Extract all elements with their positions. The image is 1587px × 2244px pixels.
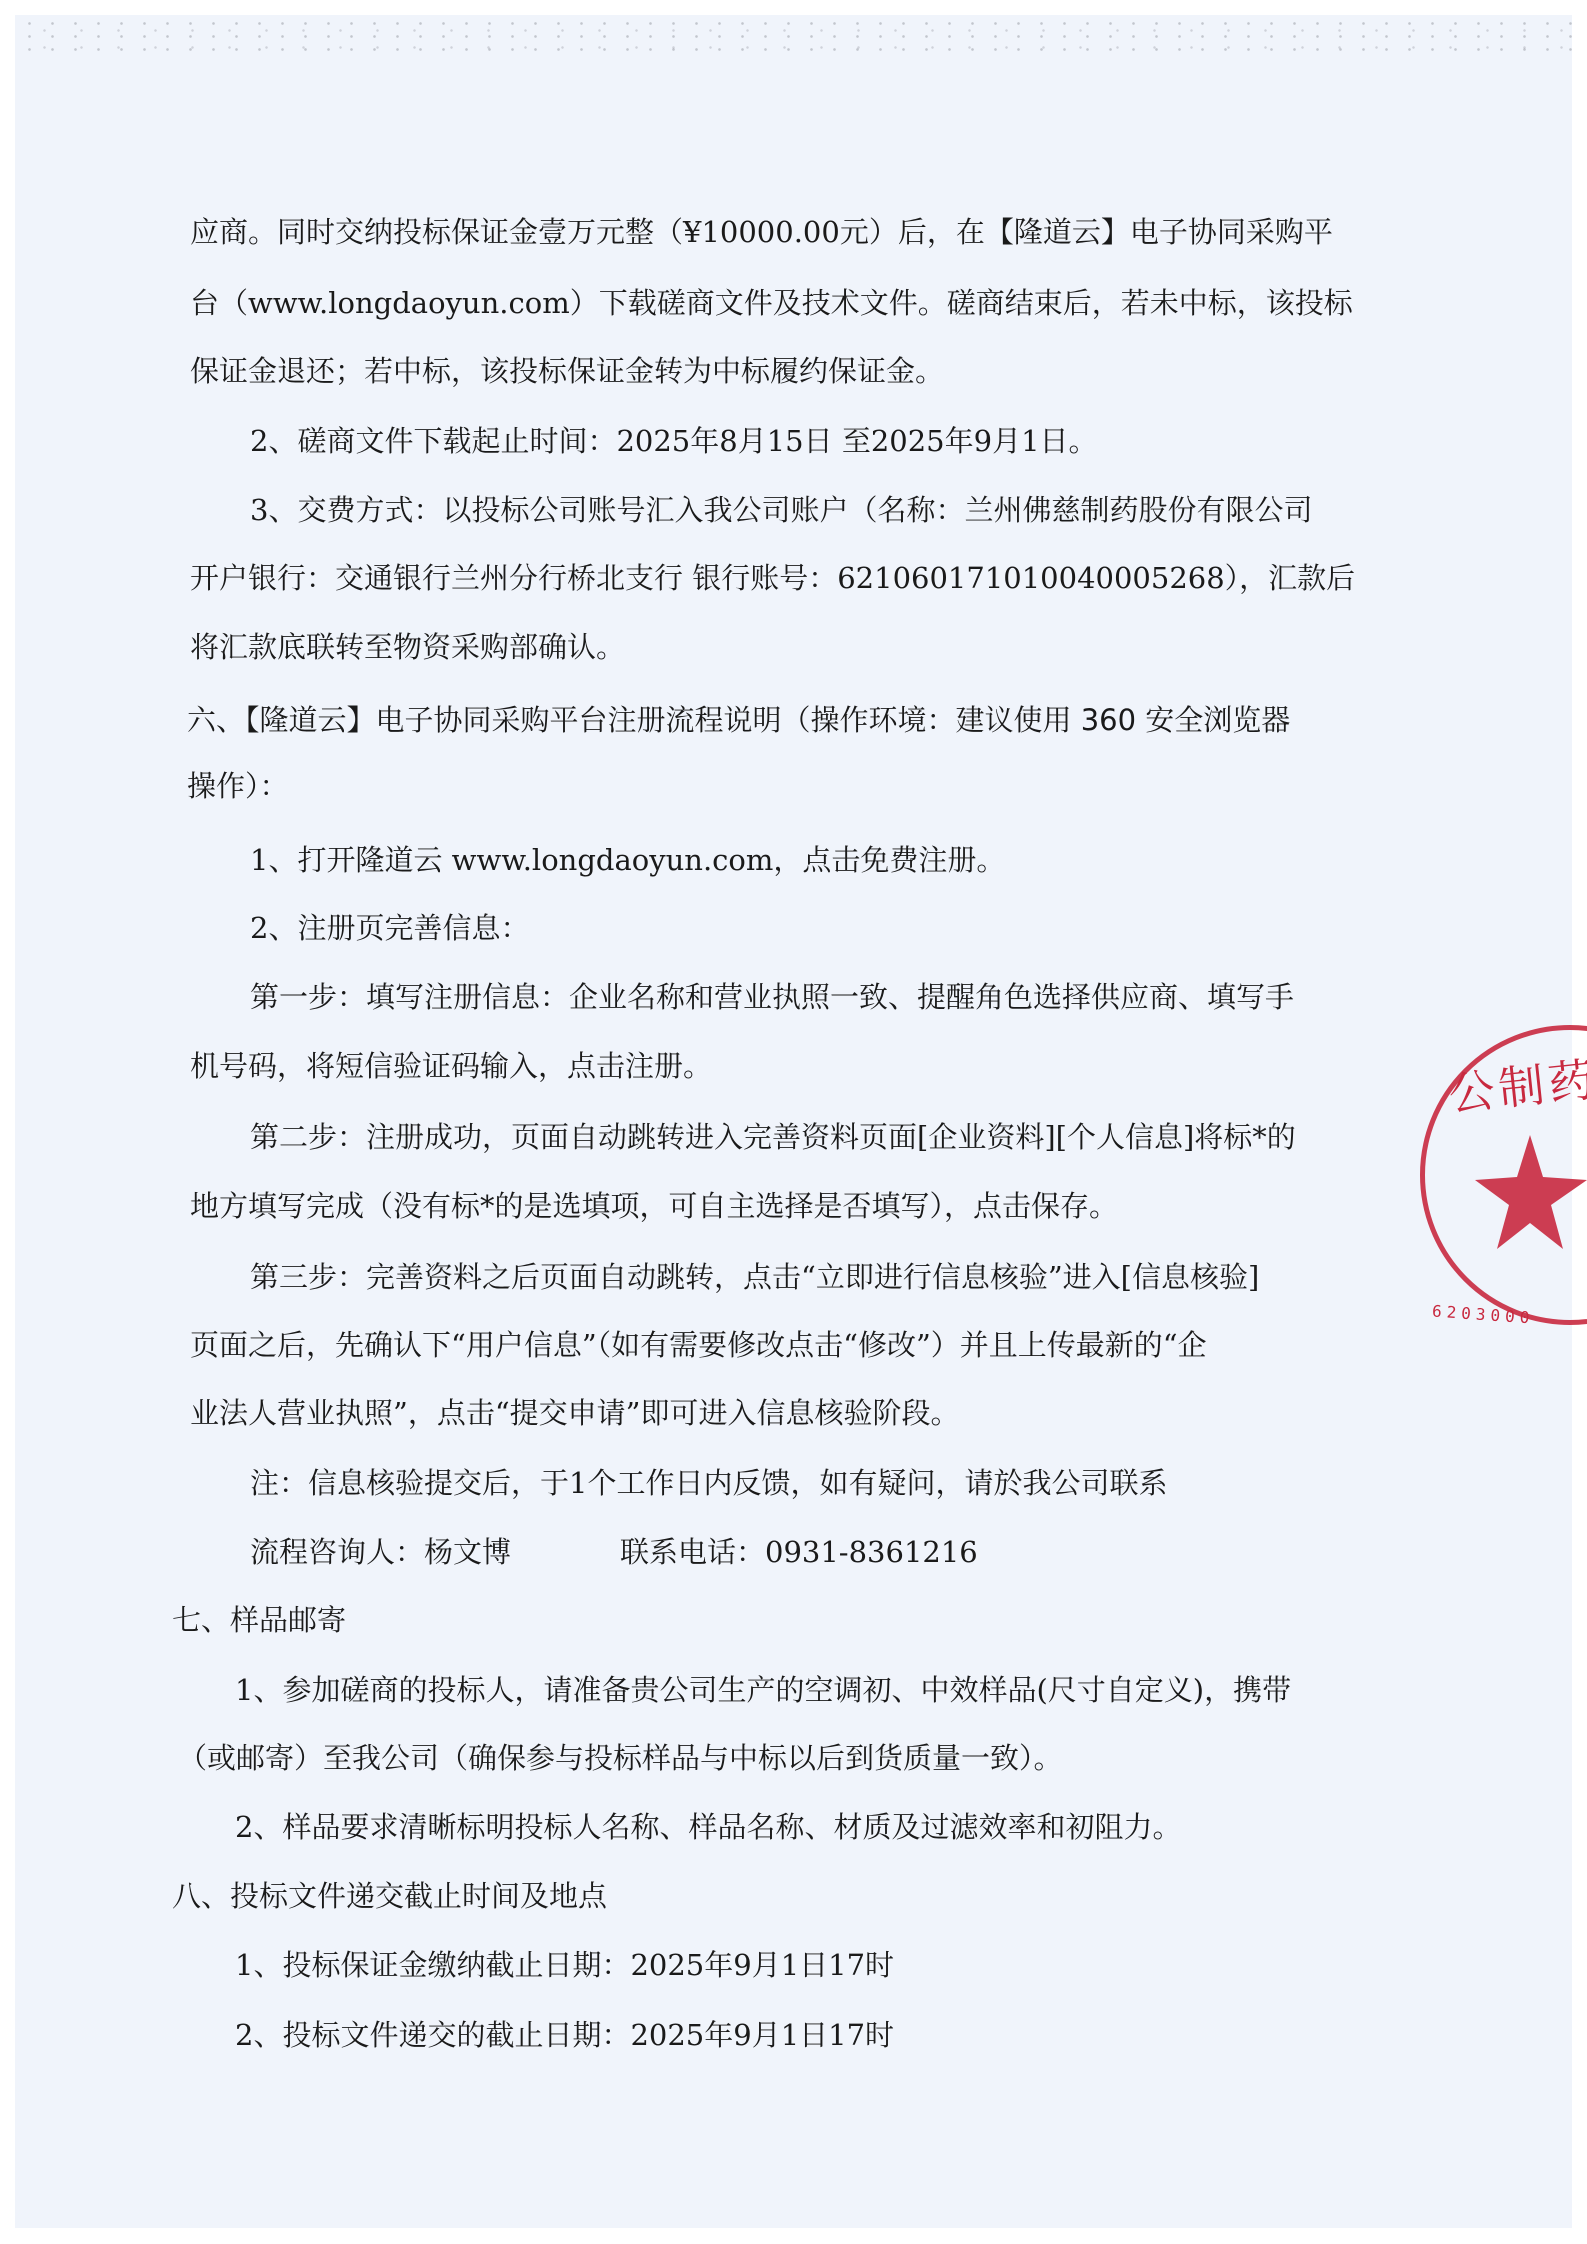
payment-method: 3、交费方式：以投标公司账号汇入我公司账户（名称：兰州佛慈制药股份有限公司 bbox=[250, 490, 1312, 530]
section-6-heading-cont: 操作）： bbox=[187, 766, 289, 806]
step-2-cont: 地方填写完成（没有标*的是选填项，可自主选择是否填写），点击保存。 bbox=[190, 1186, 1118, 1226]
deposit-deadline: 1、投标保证金缴纳截止日期：2025年9月1日17时 bbox=[235, 1945, 894, 1985]
section-6-item-1: 1、打开隆道云 www.longdaoyun.com，点击免费注册。 bbox=[250, 840, 1005, 880]
paragraph-line: 应商。同时交纳投标保证金壹万元整（¥10000.00元）后，在【隆道云】电子协同… bbox=[190, 212, 1333, 252]
section-6-item-2: 2、注册页完善信息： bbox=[250, 908, 529, 948]
step-1: 第一步：填写注册信息：企业名称和营业执照一致、提醒角色选择供应商、填写手 bbox=[250, 977, 1294, 1017]
section-7-item-1-cont: （或邮寄）至我公司（确保参与投标样品与中标以后到货质量一致）。 bbox=[178, 1738, 1063, 1778]
star-icon bbox=[1475, 1135, 1587, 1255]
section-7-item-1: 1、参加磋商的投标人，请准备贵公司生产的空调初、中效样品(尺寸自定义)，携带 bbox=[235, 1670, 1291, 1710]
paragraph-line: 保证金退还；若中标，该投标保证金转为中标履约保证金。 bbox=[190, 351, 944, 391]
scan-noise bbox=[15, 15, 1572, 55]
section-7-heading: 七、样品邮寄 bbox=[172, 1600, 346, 1640]
section-6-heading: 六、【隆道云】电子协同采购平台注册流程说明（操作环境：建议使用 360 安全浏览… bbox=[187, 700, 1290, 740]
section-8-heading: 八、投标文件递交截止时间及地点 bbox=[172, 1876, 607, 1916]
note: 注：信息核验提交后，于1个工作日内反馈，如有疑问，请於我公司联系 bbox=[250, 1463, 1167, 1503]
step-3: 第三步：完善资料之后页面自动跳转，点击“立即进行信息核验”进入[信息核验] bbox=[250, 1257, 1259, 1297]
step-3-cont: 页面之后，先确认下“用户信息”（如有需要修改点击“修改”）并且上传最新的“企 bbox=[190, 1325, 1207, 1365]
submission-deadline: 2、投标文件递交的截止日期：2025年9月1日17时 bbox=[235, 2015, 894, 2055]
contact-person: 流程咨询人：杨文博 bbox=[250, 1532, 511, 1572]
paragraph-line: 台（www.longdaoyun.com）下载磋商文件及技术文件。磋商结束后，若… bbox=[190, 283, 1353, 323]
step-1-cont: 机号码，将短信验证码输入，点击注册。 bbox=[190, 1046, 712, 1086]
contact-phone: 联系电话：0931-8361216 bbox=[620, 1532, 978, 1572]
section-7-item-2: 2、样品要求清晰标明投标人名称、样品名称、材质及过滤效率和初阻力。 bbox=[235, 1807, 1181, 1847]
download-period: 2、磋商文件下载起止时间：2025年8月15日 至2025年9月1日。 bbox=[250, 421, 1098, 461]
bank-account: 开户银行：交通银行兰州分行桥北支行 银行账号：62106017101004000… bbox=[190, 558, 1355, 598]
step-3-cont: 业法人营业执照”，点击“提交申请”即可进入信息核验阶段。 bbox=[190, 1393, 959, 1433]
step-2: 第二步：注册成功，页面自动跳转进入完善资料页面[企业资料][个人信息]将标*的 bbox=[250, 1117, 1296, 1157]
paragraph-line: 将汇款底联转至物资采购部确认。 bbox=[190, 627, 625, 667]
